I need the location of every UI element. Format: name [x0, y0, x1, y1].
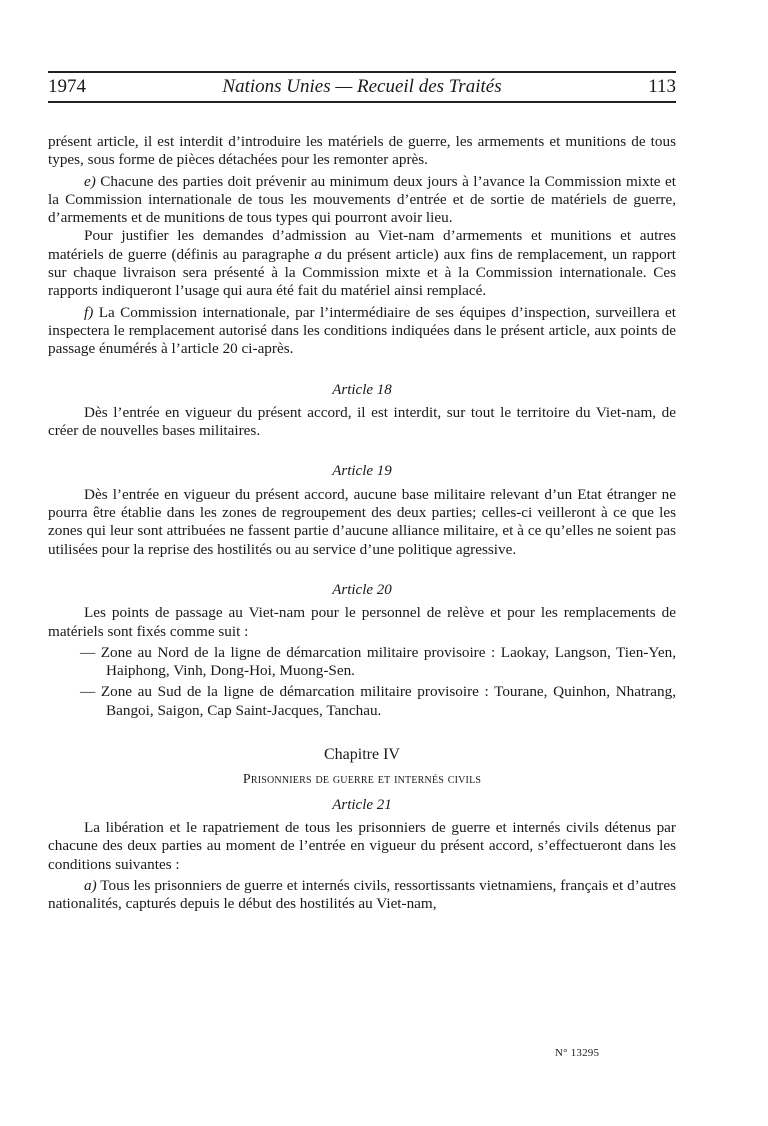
paragraph-f: f) La Commission internationale, par l’i…: [48, 304, 676, 359]
chapter-title: Prisonniers de guerre et internés civils: [48, 771, 676, 789]
paragraph-e-label: e): [84, 173, 96, 190]
paragraph-f-label: f): [84, 304, 93, 321]
article-20-zone-north: — Zone au Nord de la ligne de démarcatio…: [48, 644, 676, 681]
treaty-number: N° 13295: [555, 1047, 599, 1059]
paragraph-e-text: Chacune des parties doit prévenir au min…: [48, 173, 676, 227]
article-21-paragraph-a-text: Tous les prisonniers de guerre et intern…: [48, 877, 676, 912]
document-body: présent article, il est interdit d’intro…: [48, 133, 676, 913]
article-21-intro: La libération et le rapatriement de tous…: [48, 819, 676, 874]
article-19-heading: Article 19: [48, 462, 676, 480]
article-21-paragraph-a-label: a): [84, 877, 97, 894]
page-number: 113: [648, 76, 676, 98]
article-21-paragraph-a: a) Tous les prisonniers de guerre et int…: [48, 877, 676, 914]
article-18-heading: Article 18: [48, 381, 676, 399]
article-18-text: Dès l’entrée en vigueur du présent accor…: [48, 404, 676, 441]
article-20-heading: Article 20: [48, 581, 676, 599]
paragraph-e: e) Chacune des parties doit prévenir au …: [48, 173, 676, 228]
paragraph-reference-a: a: [314, 246, 322, 263]
article-19-text: Dès l’entrée en vigueur du présent accor…: [48, 486, 676, 559]
paragraph-f-text: La Commission internationale, par l’inte…: [48, 304, 676, 358]
running-head: 1974 Nations Unies — Recueil des Traités…: [48, 71, 676, 103]
running-head-year: 1974: [48, 76, 86, 98]
article-20-text: Les points de passage au Viet-nam pour l…: [48, 604, 676, 641]
article-21-heading: Article 21: [48, 796, 676, 814]
article-20-zone-south: — Zone au Sud de la ligne de démarcation…: [48, 683, 676, 720]
continuation-paragraph: présent article, il est interdit d’intro…: [48, 133, 676, 170]
chapter-heading: Chapitre IV: [48, 746, 676, 764]
paragraph-justification: Pour justifier les demandes d’admission …: [48, 227, 676, 300]
running-head-title: Nations Unies — Recueil des Traités: [48, 76, 676, 98]
